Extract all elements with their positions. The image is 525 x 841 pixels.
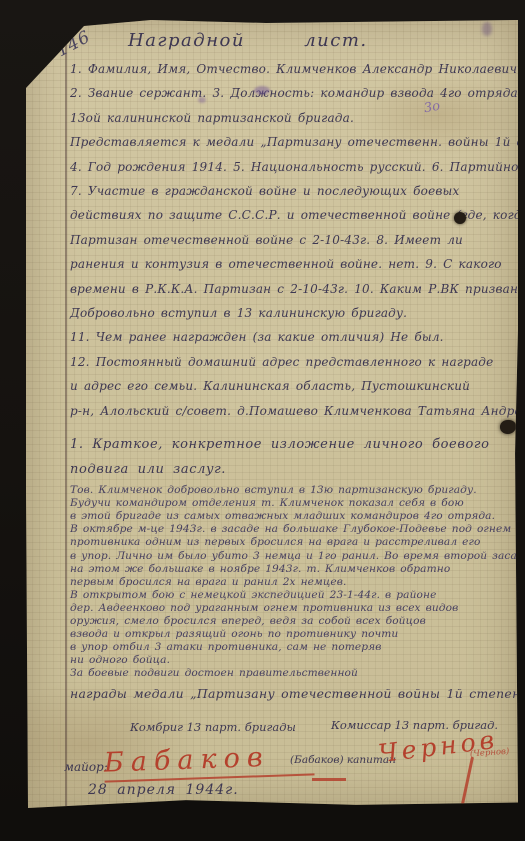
purple-smudge-icon <box>254 86 270 95</box>
commander-title: Комбриг 13 парт. бригады <box>130 720 296 734</box>
form-line: 4. Год рождения 1914. 5. Национальность … <box>70 155 514 179</box>
feat-heading-section: 1. Краткое, конкретное изложение личного… <box>70 432 514 482</box>
form-line: Добровольно вступил в 13 калининскую бри… <box>70 301 514 325</box>
feat-line: на этом же большаке в ноябре 1943г. т. К… <box>70 563 514 576</box>
document-title: Наградной лист. <box>70 30 514 51</box>
form-line: Представляется к медали „Партизану отече… <box>70 130 514 154</box>
form-line: 13ой калининской партизанской бригада. <box>70 106 514 130</box>
feat-line: дер. Авдеенково под ураганным огнем прот… <box>70 602 514 615</box>
award-recommendation-line: награды медали „Партизану отечественной … <box>70 686 514 701</box>
ink-blot-icon <box>454 212 466 224</box>
feat-description-section: Тов. Климченок добровольно вступил в 13ю… <box>70 484 514 680</box>
feat-line: Тов. Климченок добровольно вступил в 13ю… <box>70 484 514 497</box>
form-line: 7. Участие в гражданской войне и последу… <box>70 179 514 203</box>
scanned-document-page: { "page": { "number": "146", "title_word… <box>0 0 525 841</box>
feat-line: взвода и открыл разящий огонь по противн… <box>70 628 514 641</box>
title-word-1: Наградной <box>128 30 245 51</box>
feat-line: оружия, смело бросился вперед, ведя за с… <box>70 615 514 628</box>
feat-line: в упор. Лично им было убито 3 немца и 1г… <box>70 550 514 563</box>
feat-line: первым бросился на врага и ранил 2х немц… <box>70 576 514 589</box>
commander-rank: майор: <box>64 760 108 774</box>
signature-tail-stroke <box>457 756 474 823</box>
feat-heading-line: подвига или заслуг. <box>70 457 514 482</box>
form-line: 2. Звание сержант. 3. Должность: команди… <box>70 81 514 105</box>
form-line: времени в Р.К.К.А. Партизан с 2-10-43г. … <box>70 277 514 301</box>
title-word-2: лист. <box>304 30 367 51</box>
feat-line: ни одного бойца. <box>70 654 514 667</box>
form-line: Партизан отечественной войне с 2-10-43г.… <box>70 228 514 252</box>
form-line: ранения и контузия в отечественной войне… <box>70 252 514 276</box>
feat-line: Будучи командиром отделения т. Климченок… <box>70 497 514 510</box>
document-date: 28 апреля 1944г. <box>88 782 239 798</box>
feat-line: В открытом бою с немецкой экспедицией 23… <box>70 589 514 602</box>
feat-line: За боевые подвиги достоен правительствен… <box>70 667 514 680</box>
form-line: р-н, Алольский с/совет. д.Помашево Климч… <box>70 399 514 423</box>
form-line: и адрес его семьи. Калининская область, … <box>70 374 514 398</box>
form-line: 12. Постоянный домашний адрес представле… <box>70 350 514 374</box>
pencil-annotation: 3о <box>423 99 441 117</box>
document-paper: 146 Наградной лист. 1. Фамилия, Имя, Отч… <box>26 20 518 808</box>
form-line: 11. Чем ранее награжден (за какие отличи… <box>70 325 514 349</box>
purple-smudge-icon <box>198 97 206 103</box>
form-fields-section: 1. Фамилия, Имя, Отчество. Климченков Ал… <box>70 57 514 423</box>
feat-line: В октябре м-це 1943г. в засаде на больша… <box>70 523 514 536</box>
form-line: 1. Фамилия, Имя, Отчество. Климченков Ал… <box>70 57 514 81</box>
form-line: действиях по защите С.С.С.Р. и отечестве… <box>70 203 514 227</box>
signatures-row: майор: Бабаков (Бабаков) капитан Чернов … <box>26 746 518 816</box>
signature-underline-dash <box>312 778 346 781</box>
commander-signature: Бабаков <box>103 740 314 782</box>
feat-line: в этой бригаде из самых отважных младших… <box>70 510 514 523</box>
purple-smudge-icon <box>482 22 492 36</box>
document-content: Наградной лист. 1. Фамилия, Имя, Отчеств… <box>70 26 514 701</box>
margin-line <box>65 20 67 808</box>
commissar-name-paren: (Чернов) <box>470 747 510 760</box>
feat-line: в упор отбил 3 атаки противника, сам не … <box>70 641 514 654</box>
feat-line: противника одним из первых бросился на в… <box>70 536 514 549</box>
feat-heading-line: 1. Краткое, конкретное изложение личного… <box>70 432 514 457</box>
